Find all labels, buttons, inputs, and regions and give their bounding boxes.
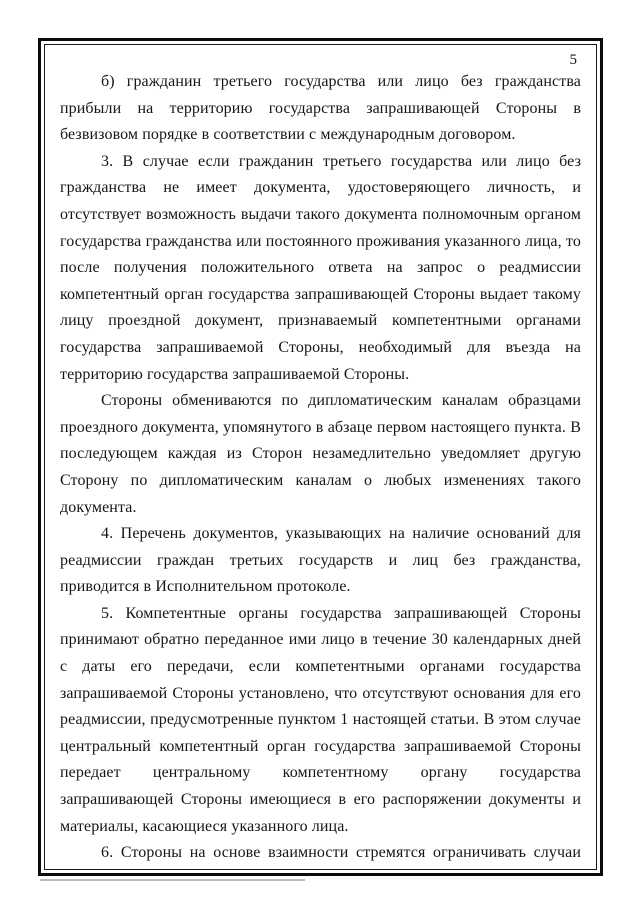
scanned-document-page: 5 б) гражданин третьего государства или … [0,0,640,905]
page-border-inner: 5 б) гражданин третьего государства или … [44,44,597,870]
paragraph-point-3: 3. В случае если гражданин третьего госу… [60,149,581,388]
page-number: 5 [60,51,581,69]
page-border-outer: 5 б) гражданин третьего государства или … [38,38,603,876]
paragraph-point-6: 6. Стороны на основе взаимности стремятс… [60,840,581,867]
paragraph-point-3-continuation: Стороны обмениваются по дипломатическим … [60,388,581,521]
page-content: 5 б) гражданин третьего государства или … [45,45,596,869]
paragraph-point-4: 4. Перечень документов, указывающих на н… [60,521,581,601]
scan-shadow-line [40,879,305,881]
paragraph-point-5: 5. Компетентные органы государства запра… [60,601,581,840]
paragraph-subpoint-b: б) гражданин третьего государства или ли… [60,69,581,149]
